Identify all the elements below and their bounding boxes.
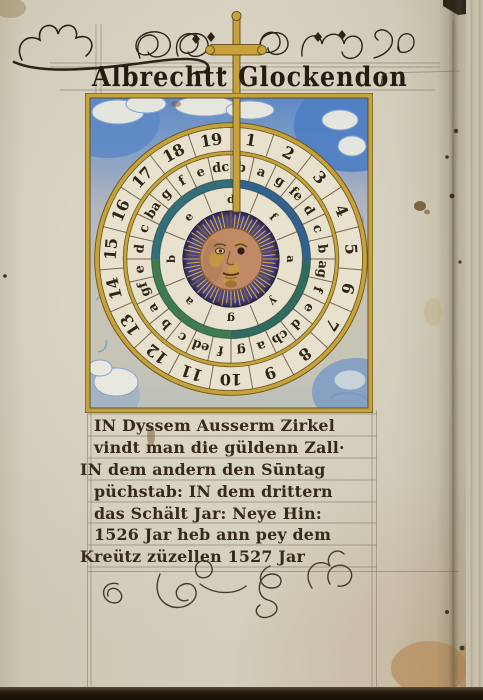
ring-cell: b — [164, 255, 178, 263]
body-text-line: vindt man die güldenn Zall· — [94, 437, 368, 459]
ring-cell: 15 — [101, 237, 122, 261]
svg-text:b: b — [164, 255, 178, 263]
sun-face — [200, 228, 262, 290]
svg-text:dc: dc — [211, 160, 230, 177]
ring-cell: 5 — [341, 243, 361, 256]
svg-text:19: 19 — [199, 129, 224, 151]
svg-text:15: 15 — [101, 237, 122, 261]
header: Albrechtt · Glockendon ſ — [0, 58, 483, 98]
artist-first-name: Albrechtt — [92, 60, 224, 92]
body-text-line: IN dem andern den Sūntag — [80, 459, 368, 481]
svg-text:b: b — [314, 243, 330, 254]
ring-cell: dc — [211, 160, 230, 177]
sun — [183, 211, 279, 307]
artist-last-name: Glockendon — [238, 60, 378, 92]
svg-text:a: a — [284, 255, 298, 263]
svg-text:5: 5 — [341, 243, 361, 256]
ring-cell: g — [227, 312, 235, 326]
book-gutter — [436, 0, 468, 700]
book-bottom-edge — [0, 687, 483, 700]
svg-text:ag: ag — [313, 260, 330, 279]
illumination-scene: 12345678910111213141516171819 bagfedcbag… — [0, 0, 483, 700]
svg-text:g: g — [227, 312, 235, 326]
ring-cell: b — [314, 243, 330, 254]
ring-cell: e — [132, 264, 148, 274]
next-page-edge — [466, 0, 483, 700]
svg-text:g: g — [236, 342, 247, 358]
body-text-line: das Schält Jar: Neye Hin: — [94, 503, 368, 525]
margin-mark: ſ — [380, 72, 385, 87]
body-text-line: Kreütz züzellen 1527 Jar — [80, 546, 368, 568]
ring-cell: 19 — [199, 129, 224, 151]
header-separator-dot: · — [221, 59, 229, 86]
ring-cell: g — [236, 342, 247, 358]
manuscript-photo: 12345678910111213141516171819 bagfedcbag… — [0, 0, 483, 700]
gothic-text-block: IN Dyssem Ausserm Zirkelvindt man die gü… — [94, 415, 374, 568]
ring-cell: ag — [313, 260, 330, 279]
body-text-line: IN Dyssem Ausserm Zirkel — [94, 415, 368, 437]
svg-text:e: e — [132, 264, 148, 274]
svg-text:d: d — [132, 243, 148, 254]
ring-cell: 10 — [220, 370, 242, 389]
body-text-line: 1526 Jar heb ann pey dem — [94, 524, 368, 546]
calendar-wheel: 12345678910111213141516171819 bagfedcbag… — [95, 123, 368, 396]
ring-cell: a — [284, 255, 298, 263]
svg-text:10: 10 — [220, 370, 242, 389]
ring-cell: d — [132, 243, 148, 254]
body-text-line: püchstab: IN dem drittern — [94, 481, 368, 503]
